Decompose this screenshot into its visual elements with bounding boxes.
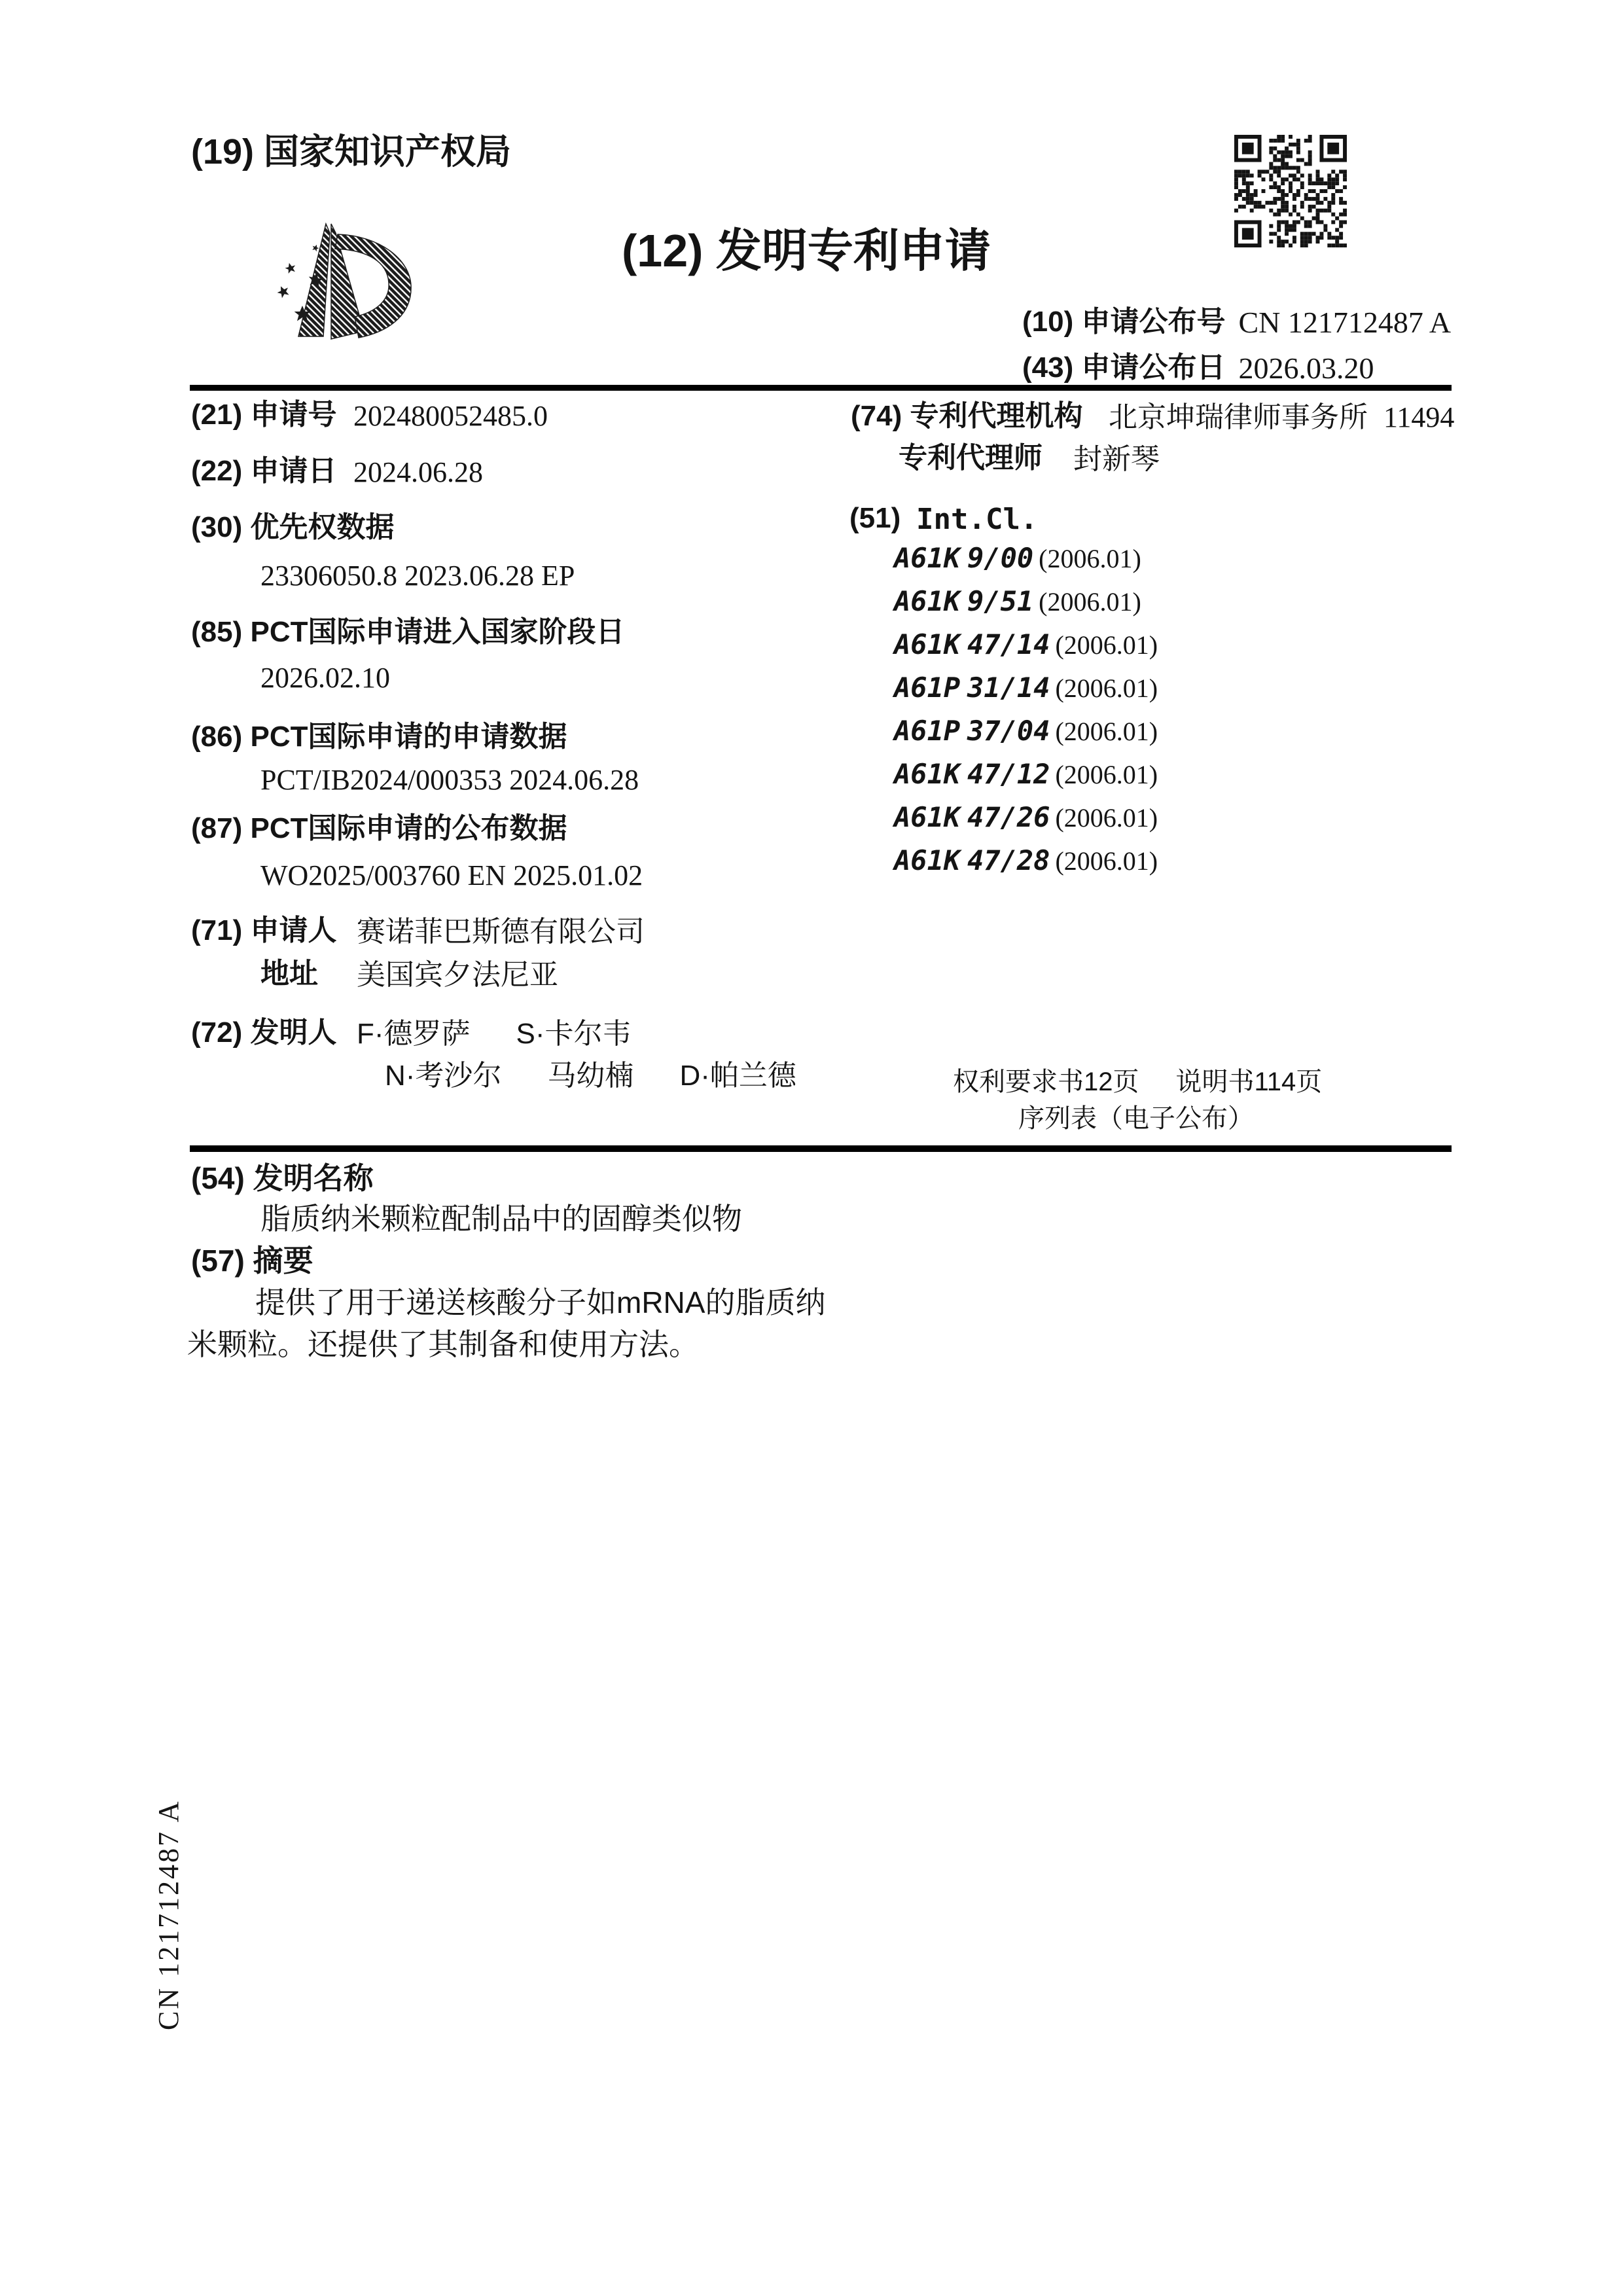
agency-line: 北京坤瑞律师事务所 11494 [1109,402,1454,433]
ipc-subclass: 47/26 [967,802,1050,832]
field21-value: 202480052485.0 [353,401,548,432]
vertical-publication-number: CN 121712487 A [152,1800,185,2030]
inventors-row2: N·考沙尔 马幼楠 D·帕兰德 [385,1060,796,1092]
body-divider [190,1145,1452,1152]
inventor-name: D·帕兰德 [679,1060,796,1092]
field71-label: (71) 申请人 [191,915,336,946]
publication-date-line: (43) 申请公布日 2026.03.20 [1022,352,1374,385]
ipc-subclass: 37/04 [967,716,1050,745]
invention-title: 脂质纳米颗粒配制品中的固醇类似物 [260,1203,742,1236]
address-value: 美国宾夕法尼亚 [357,960,558,991]
page-counts-line: 权利要求书12页 说明书114页 [953,1068,1322,1096]
ipc-version: (2006.01) [1039,545,1141,573]
ipc-code-row: A61K9/00(2006.01) [894,543,1141,573]
patent-front-page: (19) 国家知识产权局 (12) 发明专利申请 [0,0,1623,2296]
ipc-subclass: 47/12 [967,759,1050,789]
ipc-code-row: A61K47/12(2006.01) [894,759,1158,789]
field54-label: (54) 发明名称 [191,1162,374,1195]
agent-name: 封新琴 [1073,444,1160,475]
inventor-name: N·考沙尔 [385,1060,501,1092]
abstract-line1: 提供了用于递送核酸分子如mRNA的脂质纳 [255,1287,825,1319]
ipc-version: (2006.01) [1055,847,1158,875]
field86-value: PCT/IB2024/000353 2024.06.28 [260,764,639,796]
ipc-class: A61K [894,846,967,875]
ipc-subclass: 31/14 [967,673,1050,702]
agency-name: 北京坤瑞律师事务所 [1109,402,1368,433]
ipc-class: A61K [894,586,967,616]
ipc-code-row: A61P37/04(2006.01) [894,716,1158,745]
ipc-code-row: A61K9/51(2006.01) [894,586,1141,616]
ipc-version: (2006.01) [1055,804,1158,832]
field21-label: (21) 申请号 [191,399,336,431]
publication-date-label: (43) 申请公布日 [1022,352,1225,385]
field30-value: 23306050.8 2023.06.28 EP [260,560,575,592]
field87-label: (87) PCT国际申请的公布数据 [191,813,567,844]
cnipa-emblem-icon [275,223,416,344]
ipc-class: A61K [894,759,967,789]
publication-number-label: (10) 申请公布号 [1022,306,1225,339]
address-label: 地址 [260,958,318,990]
ipc-code-row: A61K47/14(2006.01) [894,630,1158,659]
ipc-version: (2006.01) [1039,588,1141,616]
sequence-listing-note: 序列表（电子公布） [1018,1105,1254,1133]
ipc-class: A61K [894,802,967,832]
inventor-name: 马幼楠 [547,1060,633,1092]
ipc-version: (2006.01) [1055,761,1158,789]
applicant-name: 赛诺菲巴斯德有限公司 [357,916,645,948]
field85-label: (85) PCT国际申请进入国家阶段日 [191,617,624,648]
ipc-subclass: 47/28 [967,846,1050,875]
field22-label: (22) 申请日 [191,456,336,487]
ipc-subclass: 9/51 [967,586,1033,616]
field51-number: (51) [849,503,901,534]
ipc-version: (2006.01) [1055,717,1158,745]
inventors-row1: F·德罗萨 S·卡尔韦 [357,1018,632,1050]
ipc-code-row: A61K47/26(2006.01) [894,802,1158,832]
header-divider [190,385,1452,391]
agency-code: 11494 [1383,402,1454,433]
inventor-name: F·德罗萨 [357,1018,471,1050]
document-type-title: (12) 发明专利申请 [622,226,991,276]
qr-code-icon [1234,135,1347,250]
field72-label: (72) 发明人 [191,1017,336,1049]
ipc-version: (2006.01) [1055,674,1158,702]
office-name: (19) 国家知识产权局 [191,133,511,171]
agent-label: 专利代理师 [899,442,1043,474]
abstract-line2: 米颗粒。还提供了其制备和使用方法。 [187,1329,699,1361]
claims-pages: 权利要求书12页 [953,1068,1139,1096]
ipc-subclass: 9/00 [967,543,1033,573]
field30-label: (30) 优先权数据 [191,512,394,543]
publication-date-value: 2026.03.20 [1238,352,1374,385]
field87-value: WO2025/003760 EN 2025.01.02 [260,860,643,891]
ipc-class: A61P [894,716,967,745]
intcl-label: Int.Cl. [916,504,1037,535]
publication-number-value: CN 121712487 A [1238,306,1451,339]
field74-label: (74) 专利代理机构 [851,401,1082,432]
ipc-code-row: A61K47/28(2006.01) [894,846,1158,875]
ipc-version: (2006.01) [1055,631,1158,659]
field85-value: 2026.02.10 [260,662,390,694]
field57-label: (57) 摘要 [191,1245,313,1278]
inventor-name: S·卡尔韦 [516,1018,632,1050]
ipc-class: A61P [894,673,967,702]
publication-number-line: (10) 申请公布号 CN 121712487 A [1022,306,1451,339]
ipc-code-row: A61P31/14(2006.01) [894,673,1158,702]
ipc-class: A61K [894,543,967,573]
description-pages: 说明书114页 [1176,1068,1323,1096]
field86-label: (86) PCT国际申请的申请数据 [191,721,567,753]
ipc-subclass: 47/14 [967,630,1050,659]
ipc-class: A61K [894,630,967,659]
field22-value: 2024.06.28 [353,457,483,488]
